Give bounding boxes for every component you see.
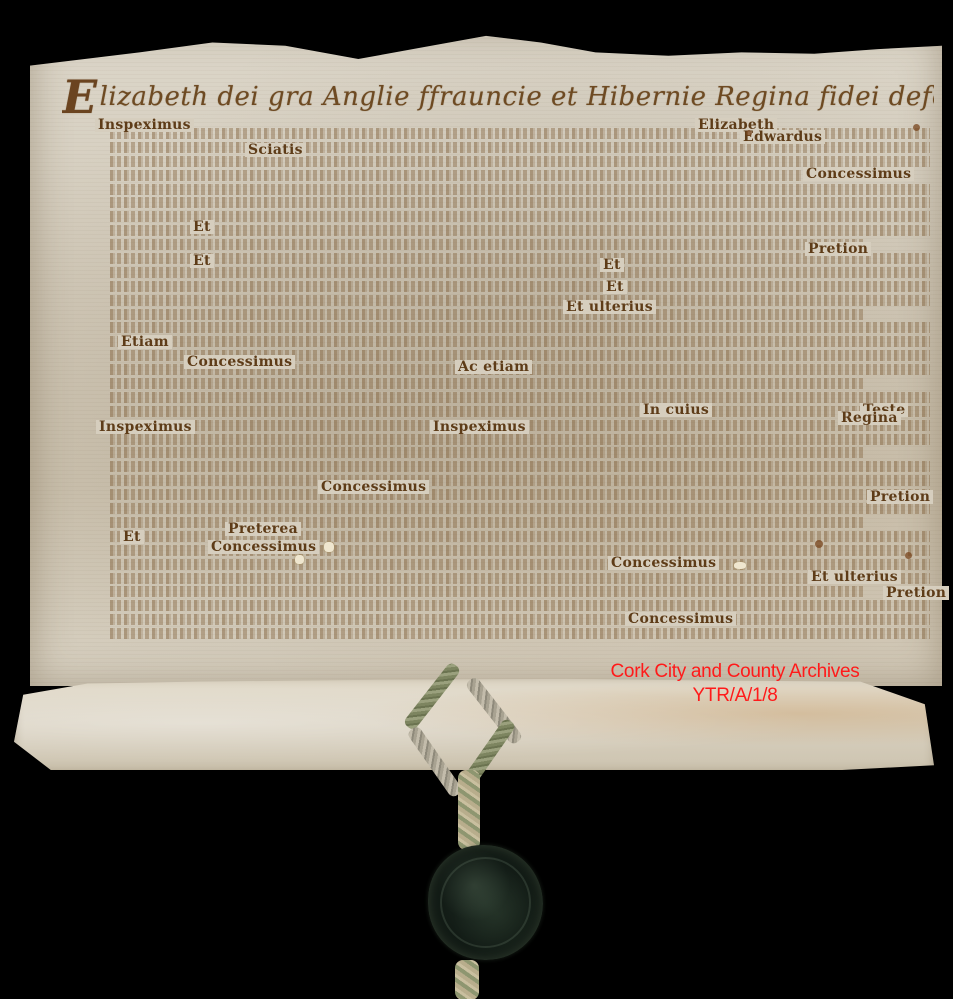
emphasized-word: Et: [190, 220, 214, 234]
emphasized-word: Et: [120, 530, 144, 544]
script-line: [110, 517, 864, 528]
script-line: [110, 281, 930, 292]
seal-cord-twist: [458, 770, 480, 850]
script-line: [110, 503, 930, 514]
script-line: [110, 461, 930, 472]
ink-stain: [905, 552, 912, 559]
script-line: [110, 573, 930, 584]
script-line: [110, 489, 930, 500]
emphasized-word: Regina: [838, 411, 901, 425]
emphasized-word: Concessimus: [318, 480, 429, 494]
archive-watermark: Cork City and County Archives YTR/A/1/8: [575, 660, 895, 708]
script-line: [110, 336, 930, 347]
charter-body-text: [110, 128, 930, 648]
emphasized-word: Concessimus: [625, 612, 736, 626]
emphasized-word: Concessimus: [184, 355, 295, 369]
watermark-reference: YTR/A/1/8: [575, 684, 895, 708]
script-line: [110, 586, 864, 597]
emphasized-word: Pretion: [867, 490, 933, 504]
ink-stain: [746, 130, 752, 136]
watermark-institution: Cork City and County Archives: [575, 660, 895, 684]
wax-seal: [428, 845, 543, 960]
script-line: [110, 378, 864, 389]
script-line: [110, 392, 930, 403]
script-line: [110, 267, 930, 278]
seal-cord-tail: [455, 960, 479, 999]
decorated-initial: E: [62, 70, 98, 124]
emphasized-word: Inspeximus: [430, 420, 529, 434]
script-line: [110, 295, 930, 306]
emphasized-word: In cuius: [640, 403, 712, 417]
emphasized-word: Concessimus: [608, 556, 719, 570]
emphasized-word: Inspeximus: [96, 420, 195, 434]
script-line: [110, 309, 864, 320]
script-line: [110, 322, 930, 333]
script-line: [110, 184, 930, 195]
emphasized-word: Pretion: [883, 586, 949, 600]
ink-stain: [815, 540, 823, 548]
script-line: [110, 239, 864, 250]
emphasized-word: Etiam: [118, 335, 172, 349]
script-line: [110, 628, 930, 639]
parchment-hole: [324, 542, 334, 552]
emphasized-word: Et: [603, 280, 627, 294]
script-line: [110, 434, 930, 445]
emphasized-word: Pretion: [805, 242, 871, 256]
ink-stain: [913, 124, 920, 131]
emphasized-word: Preterea: [225, 522, 301, 536]
emphasized-word: Sciatis: [245, 143, 306, 157]
script-line: [110, 600, 930, 611]
script-line: [110, 614, 930, 625]
emphasized-word: Et: [600, 258, 624, 272]
script-line: [110, 225, 930, 236]
script-line: [110, 447, 864, 458]
script-line: [110, 197, 930, 208]
emphasized-word: Et ulterius: [808, 570, 901, 584]
script-line: [110, 211, 930, 222]
emphasized-word: Et: [190, 254, 214, 268]
emphasized-word: Edwardus: [740, 130, 825, 144]
emphasized-word: Et ulterius: [563, 300, 656, 314]
emphasized-word: Inspeximus: [95, 118, 194, 132]
script-line: [110, 406, 930, 417]
parchment-hole: [295, 555, 304, 564]
emphasized-word: Concessimus: [208, 540, 319, 554]
parchment-hole: [734, 562, 746, 569]
archive-image: Elizabeth dei gra Anglie ffrauncie et Hi…: [0, 0, 953, 999]
script-line: [110, 475, 930, 486]
heading-text: lizabeth dei gra Anglie ffrauncie et Hib…: [100, 82, 934, 112]
script-line: [110, 559, 930, 570]
emphasized-word: Concessimus: [803, 167, 914, 181]
seal-ring: [440, 857, 531, 948]
script-line: [110, 170, 864, 181]
emphasized-word: Ac etiam: [455, 360, 532, 374]
